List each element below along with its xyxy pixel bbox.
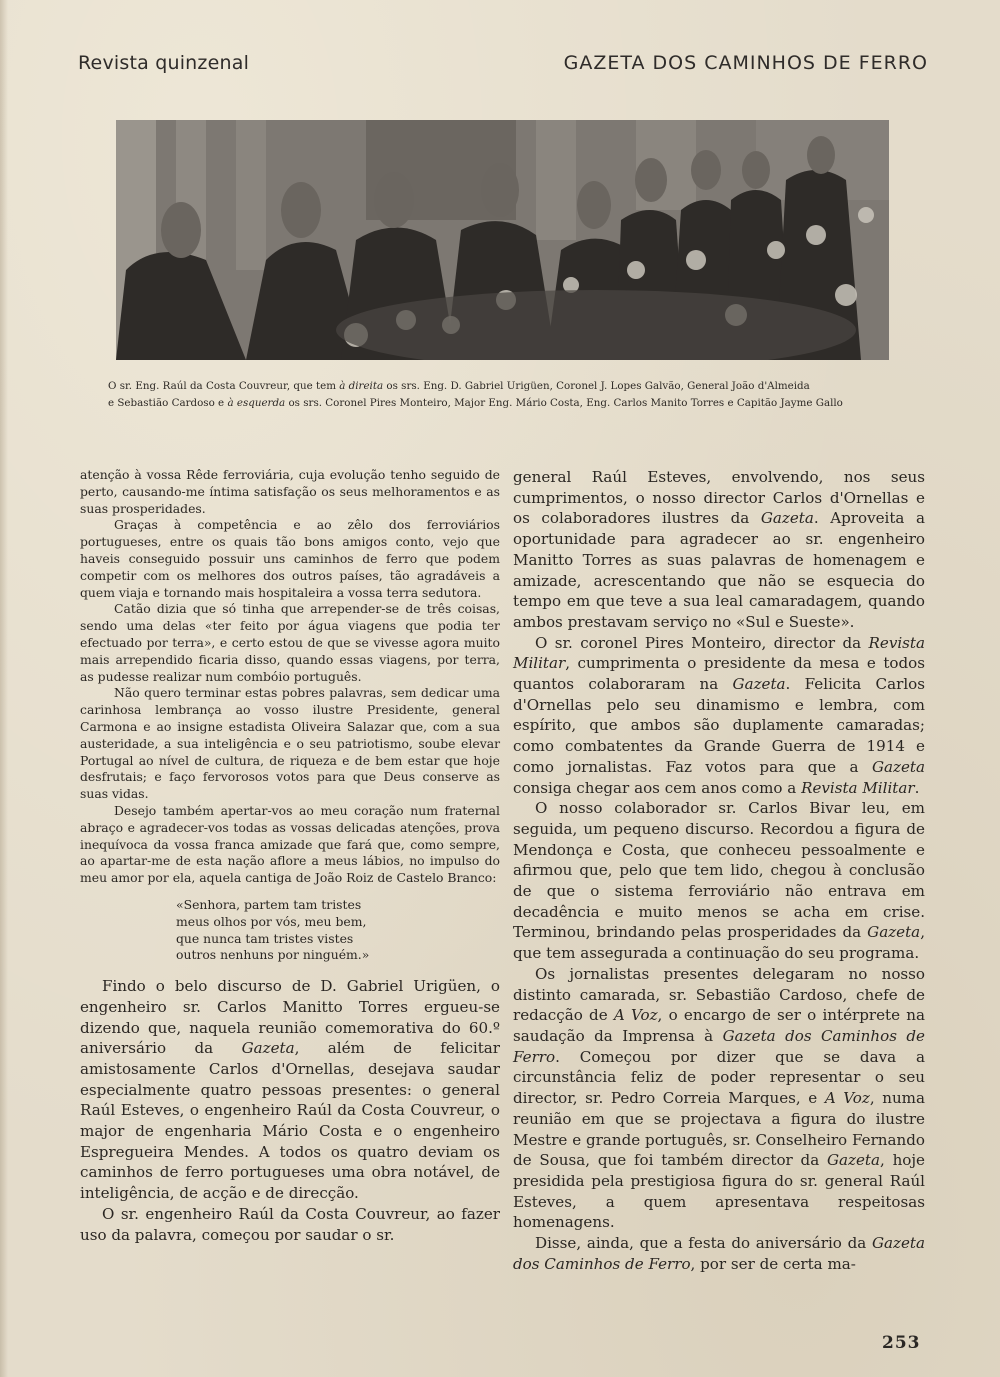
text-run: Disse, ainda, que a festa do aniversário… xyxy=(535,1234,872,1252)
running-header: Revista quinzenal GAZETA DOS CAMINHOS DE… xyxy=(78,50,928,84)
text-italic: Gazeta xyxy=(242,1039,295,1057)
poem-line: «Senhora, partem tam tristes xyxy=(176,897,500,914)
page-number: 253 xyxy=(882,1333,921,1353)
paragraph: Disse, ainda, que a festa do aniversário… xyxy=(513,1233,925,1274)
paragraph: general Raúl Esteves, envolvendo, nos se… xyxy=(513,467,925,633)
paragraph: Graças à competência e ao zêlo dos ferro… xyxy=(80,517,500,601)
text-run: . xyxy=(915,779,920,797)
caption-line-2: e Sebastião Cardoso e à esquerda os srs.… xyxy=(108,395,898,412)
paragraph: Catão dizia que só tinha que arrepender-… xyxy=(80,601,500,685)
poem-quote: «Senhora, partem tam tristes meus olhos … xyxy=(176,897,500,964)
paragraph: atenção à vossa Rêde ferroviária, cuja e… xyxy=(80,467,500,517)
page-edge-shadow xyxy=(0,0,8,1377)
text-italic: Revista Militar xyxy=(801,779,914,797)
caption-italic: à direita xyxy=(339,380,383,392)
text-run: . Aproveita a oportunidade para agradece… xyxy=(513,509,925,631)
text-run: O nosso colaborador sr. Carlos Bivar leu… xyxy=(513,799,925,941)
caption-text: os srs. Coronel Pires Monteiro, Major En… xyxy=(285,397,843,409)
paragraph: Não quero terminar estas pobres palavras… xyxy=(80,685,500,803)
poem-line: meus olhos por vós, meu bem, xyxy=(176,914,500,931)
paragraph: Os jornalistas presentes delegaram no no… xyxy=(513,964,925,1233)
text-run: consiga chegar aos cem anos como a xyxy=(513,779,801,797)
photo-caption: O sr. Eng. Raúl da Costa Couvreur, que t… xyxy=(108,378,898,412)
header-publication-frequency: Revista quinzenal xyxy=(78,52,249,74)
text-run: O sr. coronel Pires Monteiro, director d… xyxy=(535,634,869,652)
paragraph: O nosso colaborador sr. Carlos Bivar leu… xyxy=(513,798,925,964)
caption-line-1: O sr. Eng. Raúl da Costa Couvreur, que t… xyxy=(108,378,898,395)
paragraph: O sr. coronel Pires Monteiro, director d… xyxy=(513,633,925,799)
poem-line: que nunca tam tristes vistes xyxy=(176,931,500,948)
text-italic: Gazeta xyxy=(867,923,920,941)
banquet-photo-illustration xyxy=(116,120,889,360)
paragraph: Findo o belo discurso de D. Gabriel Urig… xyxy=(80,976,500,1204)
text-italic: A Voz xyxy=(825,1089,870,1107)
right-column: general Raúl Esteves, envolvendo, nos se… xyxy=(513,467,925,1274)
caption-text: e Sebastião Cardoso e xyxy=(108,397,227,409)
paragraph: O sr. engenheiro Raúl da Costa Couvreur,… xyxy=(80,1204,500,1245)
caption-italic: à esquerda xyxy=(227,397,285,409)
poem-line: outros nenhuns por ninguém.» xyxy=(176,947,500,964)
caption-text: O sr. Eng. Raúl da Costa Couvreur, que t… xyxy=(108,380,339,392)
text-run: , por ser de certa ma- xyxy=(691,1255,856,1273)
text-italic: Gazeta xyxy=(733,675,786,693)
text-italic: Gazeta xyxy=(827,1151,880,1169)
text-run: , além de felicitar amistosamente Carlos… xyxy=(80,1039,500,1202)
text-italic: Gazeta xyxy=(872,758,925,776)
banquet-photograph xyxy=(116,120,889,360)
caption-text: os srs. Eng. D. Gabriel Urigüen, Coronel… xyxy=(383,380,810,392)
text-italic: A Voz xyxy=(614,1006,658,1024)
paragraph: Desejo também apertar-vos ao meu coração… xyxy=(80,803,500,887)
text-italic: Gazeta xyxy=(761,509,814,527)
left-column: atenção à vossa Rêde ferroviária, cuja e… xyxy=(80,467,500,1245)
header-journal-title: GAZETA DOS CAMINHOS DE FERRO xyxy=(564,52,928,74)
